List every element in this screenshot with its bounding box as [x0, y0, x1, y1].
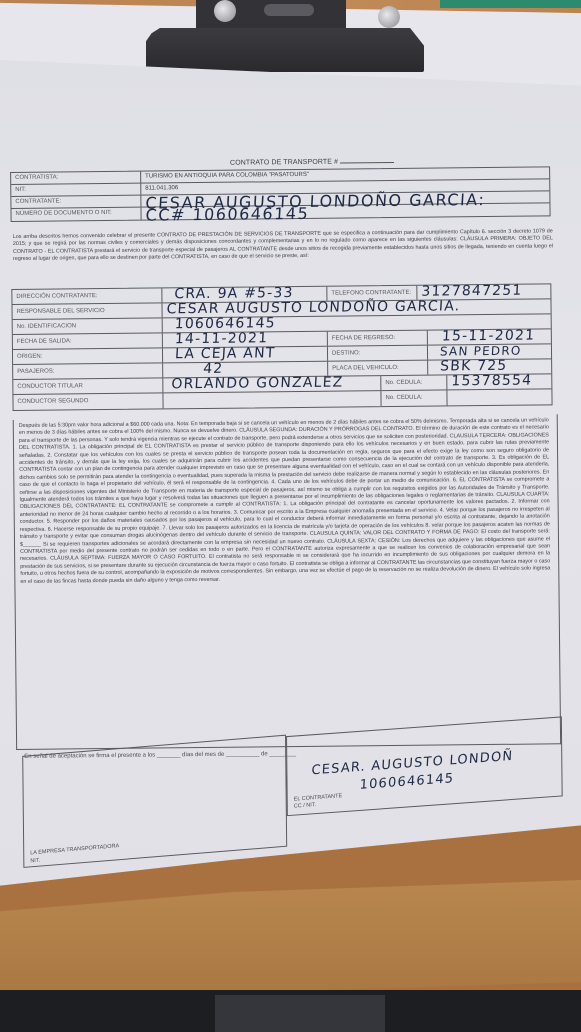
value-identificacion: 1060646145 — [174, 317, 276, 330]
label-cedula-1: No. CEDULA: — [381, 375, 447, 390]
label-placa: PLACA DEL VEHICULO: — [328, 361, 428, 376]
value-origen: LA CEJA ANT — [175, 347, 276, 360]
label-destino: DESTINO: — [328, 346, 428, 361]
contratante-cc-label: CC / NIT. — [294, 802, 316, 810]
label-conductor-titular: CONDUCTOR TITULAR — [13, 378, 163, 394]
company-signature-box: LA EMPRESA TRANSPORTADORA NIT. — [22, 735, 287, 868]
intro-paragraph: Los arriba descritos hemos convenido cel… — [13, 228, 553, 263]
service-details-table: DIRECCIÓN CONTRATANTE: CRA. 9A #5-33 TEL… — [11, 283, 552, 411]
label-nit: NIT: — [11, 184, 141, 196]
value-conductor-segundo — [163, 391, 381, 408]
legal-clauses-text: Después de las 5:30pm valor hora adicion… — [19, 417, 551, 585]
value-pasajeros: 42 — [203, 363, 224, 375]
clipboard-clip — [146, 0, 424, 72]
label-pasajeros: PASAJEROS: — [13, 363, 163, 379]
label-cedula-2: No. CEDULA: — [381, 390, 447, 406]
value-documento: CC# 1060646145 — [145, 208, 309, 222]
background-object — [215, 995, 385, 1032]
label-documento: NÚMERO DE DOCUMENTO O NIT: — [11, 208, 141, 221]
label-identificacion: No. IDENTIFICACION — [13, 318, 163, 334]
clip-bolt-left — [214, 0, 236, 22]
value-placa: SBK 725 — [440, 360, 508, 373]
label-conductor-segundo: CONDUCTOR SEGUNDO — [13, 393, 163, 410]
contract-title-text: CONTRATO DE TRANSPORTE # — [230, 159, 338, 167]
value-telefono: 3127847251 — [421, 285, 523, 298]
label-contratante: CONTRATANTE: — [11, 196, 141, 208]
value-responsable: CESAR AUGUSTO LONDOÑO GARCIA. — [166, 300, 461, 315]
value-telefono-cell: 3127847251 — [417, 284, 550, 299]
label-contratista: CONTRATISTA: — [11, 172, 141, 184]
clip-bar — [264, 4, 314, 16]
company-nit-label: NIT. — [30, 858, 40, 865]
clip-bolt-right — [378, 6, 400, 28]
contract-number-blank — [340, 162, 394, 164]
label-fecha-salida: FECHA DE SALIDA: — [13, 333, 163, 349]
label-origen: ORIGEN: — [13, 348, 163, 364]
background-green-strip — [440, 0, 581, 8]
value-conductor-titular-cell: ORLANDO GONZALEZ — [163, 376, 381, 392]
label-responsable: RESPONSABLE DEL SERVICIO — [12, 303, 162, 319]
contract-header-table: CONTRATISTA: TURISMO EN ANTIOQUIA PARA C… — [10, 166, 550, 222]
value-conductor-titular: ORLANDO GONZALEZ — [171, 377, 344, 391]
clipboard-board-bottom — [0, 880, 581, 1000]
value-fecha-salida: 14-11-2021 — [175, 332, 269, 345]
value-fecha-regreso-cell: 15-11-2021 — [428, 329, 551, 344]
contratante-cc-value: 1060646145 — [359, 773, 454, 792]
value-direccion: CRA. 9A #5-33 — [174, 287, 294, 300]
value-destino: SAN PEDRO — [440, 345, 522, 358]
company-label: LA EMPRESA TRANSPORTADORA — [30, 843, 119, 856]
value-cedula-1-cell: 15378554 — [447, 374, 551, 389]
clip-plate — [146, 28, 424, 72]
value-cedula-2 — [447, 389, 551, 405]
contratante-label: EL CONTRATANTE — [294, 793, 343, 802]
label-fecha-regreso: FECHA DE REGRESO: — [328, 331, 428, 346]
value-origen-cell: LA CEJA ANT — [163, 347, 328, 363]
label-direccion: DIRECCIÓN CONTRATANTE: — [12, 288, 162, 304]
value-cedula-1: 15378554 — [451, 375, 533, 388]
value-fecha-regreso: 15-11-2021 — [441, 330, 535, 343]
signature-section: En señal de aceptación se firma el prese… — [22, 750, 568, 866]
